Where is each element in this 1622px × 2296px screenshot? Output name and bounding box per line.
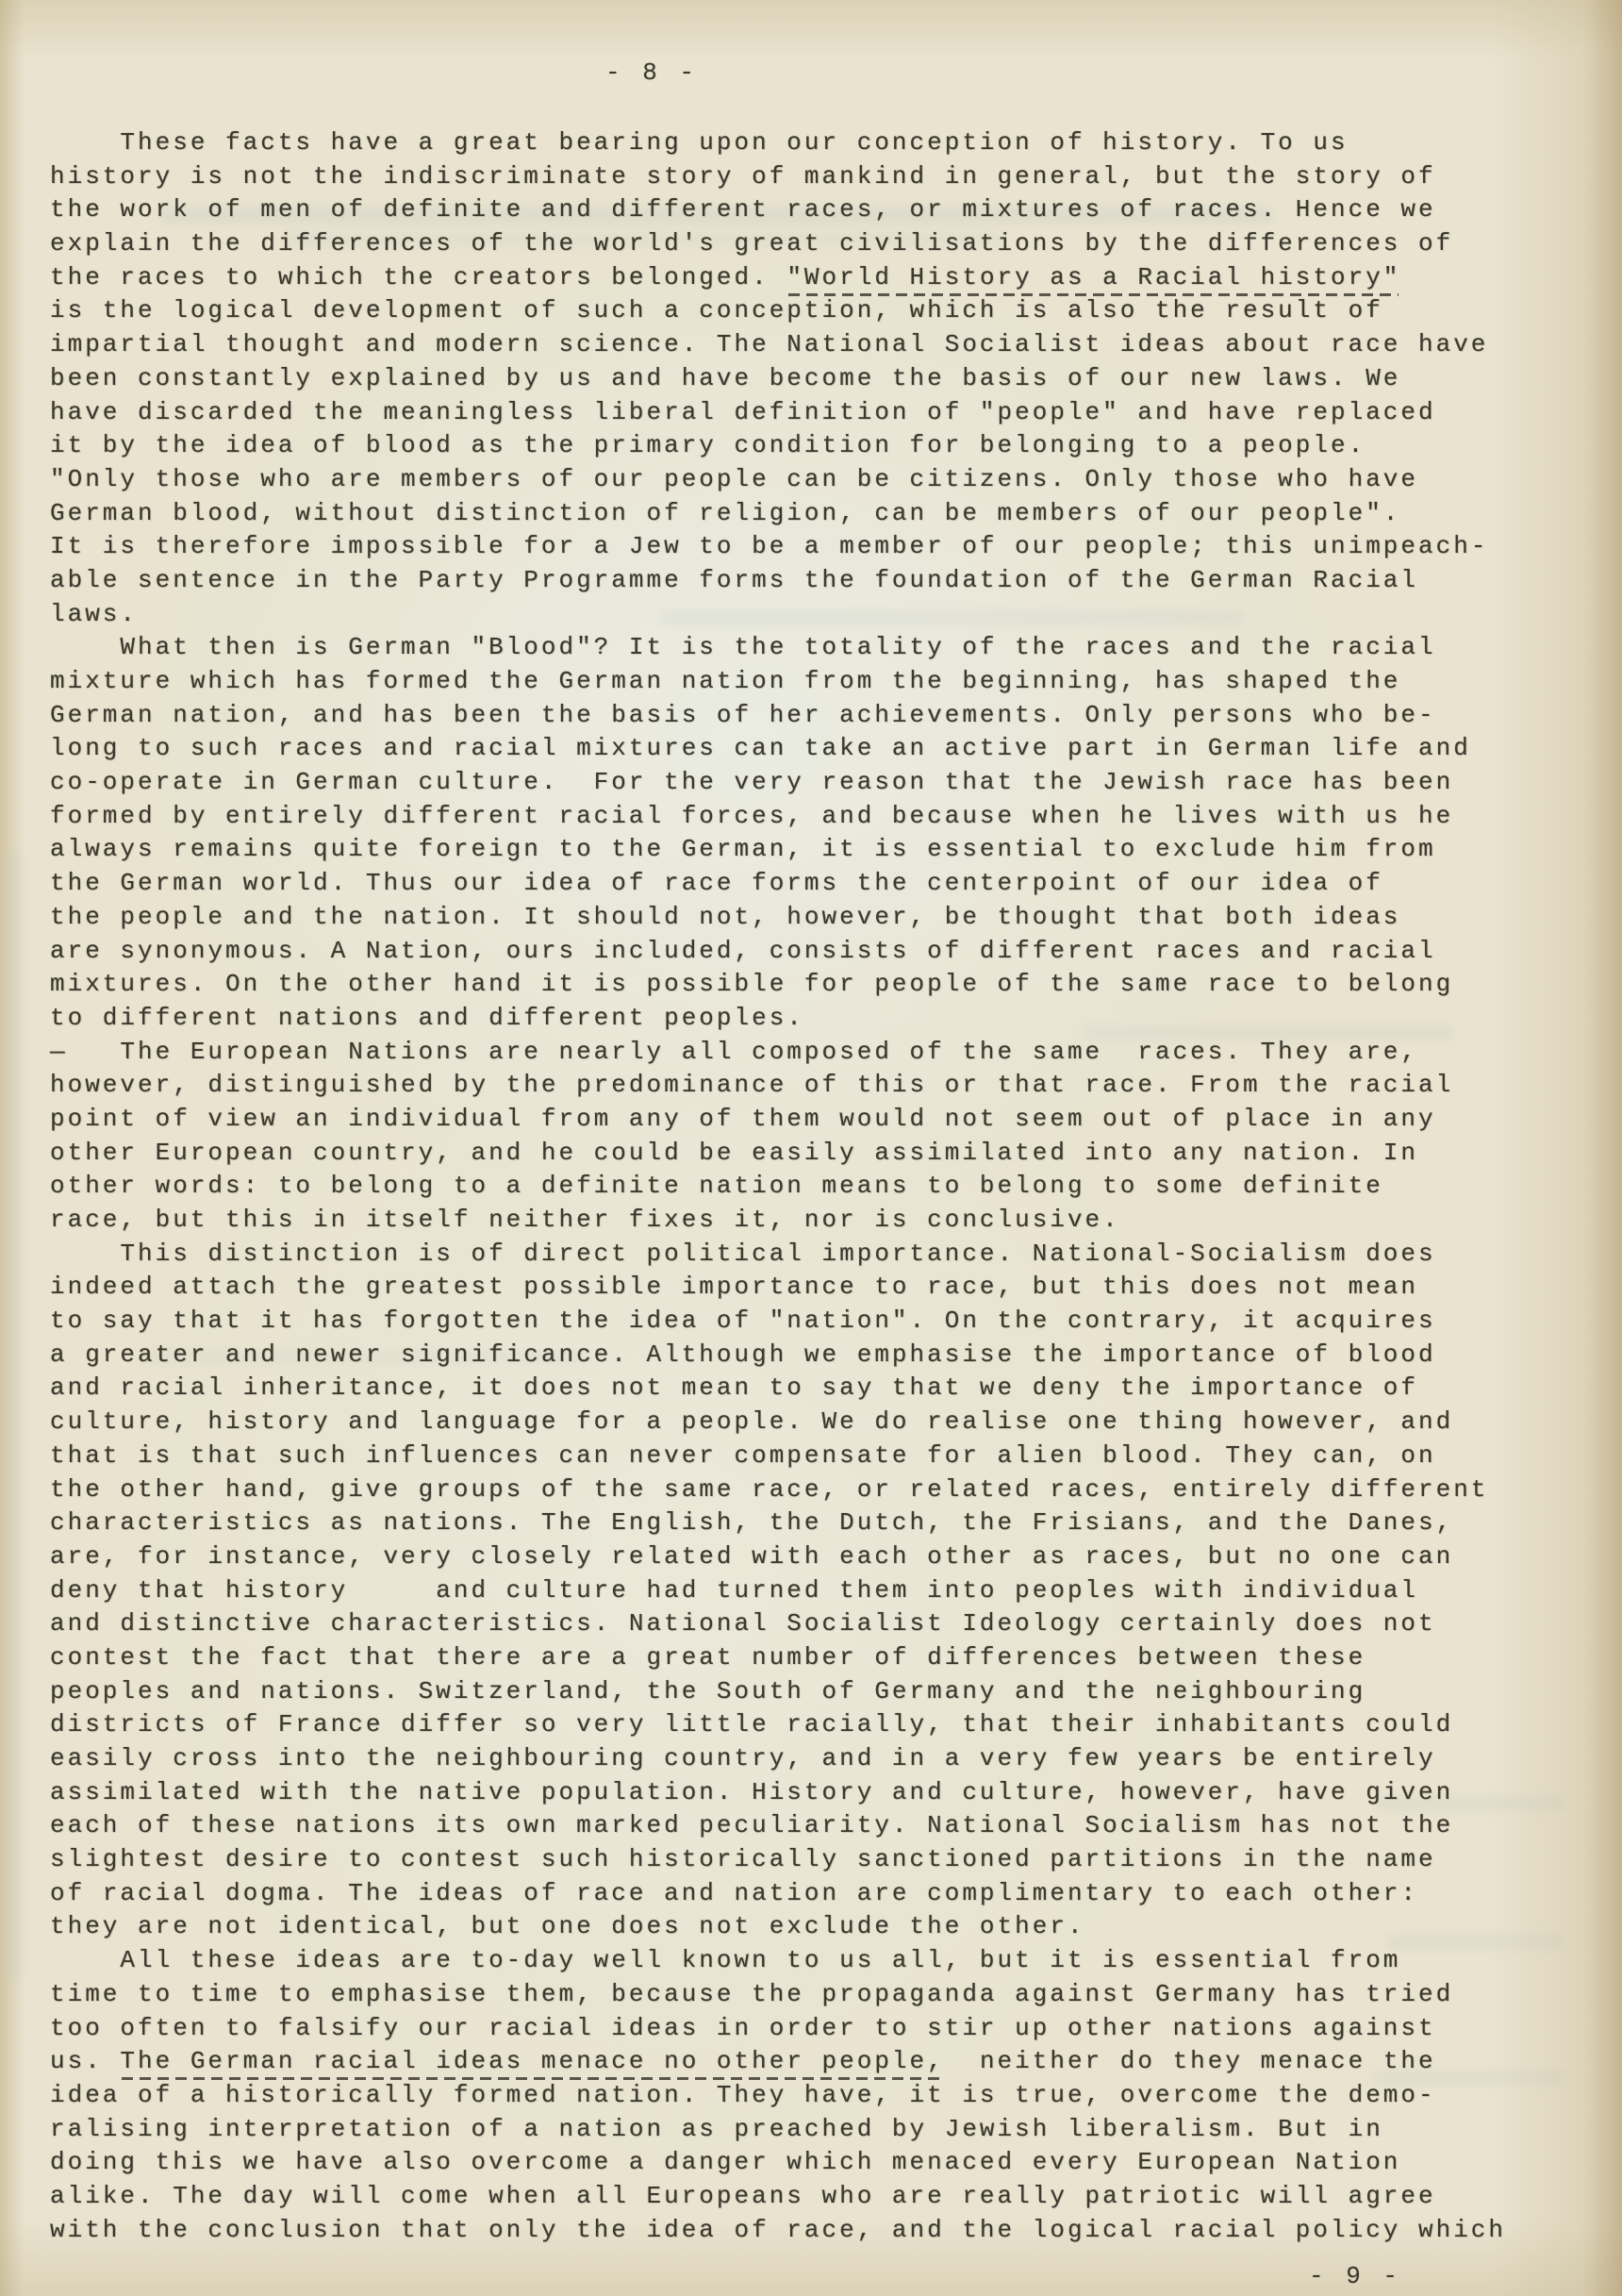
text-line: the work of men of definite and differen… [50,193,1506,227]
text-line: ralising interpretation of a nation as p… [50,2113,1506,2147]
text-line: point of view an individual from any of … [50,1103,1506,1137]
text-line: are synonymous. A Nation, ours included,… [50,935,1506,969]
document-page: - 8 - These facts have a great bearing u… [0,0,1622,2296]
text-line: able sentence in the Party Programme for… [50,564,1506,598]
text-line: the German world. Thus our idea of race … [50,867,1506,901]
text-line: co-operate in German culture. For the ve… [50,766,1506,800]
text-line: — The European Nations are nearly all co… [50,1036,1506,1070]
text-line: and racial inheritance, it does not mean… [50,1372,1506,1406]
text-line: characteristics as nations. The English,… [50,1506,1506,1540]
bleed-through-mark [8,849,23,1981]
text-line: too often to falsify our racial ideas in… [50,2012,1506,2046]
text-line: the races to which the creators belonged… [50,261,1506,295]
text-line: and distinctive characteristics. Nationa… [50,1607,1506,1641]
text-line: other European country, and he could be … [50,1137,1506,1171]
text-line: doing this we have also overcome a dange… [50,2146,1506,2180]
text-line: These facts have a great bearing upon ou… [50,126,1506,160]
text-line: to say that it has forgotten the idea of… [50,1305,1506,1339]
text-line: idea of a historically formed nation. Th… [50,2079,1506,2113]
text-line: that is that such influences can never c… [50,1439,1506,1473]
underlined-phrase: The German racial ideas menace no other … [120,2047,944,2075]
text-line: deny that history and culture had turned… [50,1574,1506,1608]
text-line: alike. The day will come when all Europe… [50,2180,1506,2214]
underlined-phrase: "World History as a Racial history" [786,263,1400,291]
text-line: with the conclusion that only the idea o… [50,2214,1506,2248]
text-line: What then is German "Blood"? It is the t… [50,631,1506,665]
text-line: they are not identical, but one does not… [50,1910,1506,1944]
text-line: us. The German racial ideas menace no ot… [50,2045,1506,2079]
text-line: All these ideas are to-day well known to… [50,1944,1506,1978]
text-line: is the logical development of such a con… [50,294,1506,328]
text-line: long to such races and racial mixtures c… [50,732,1506,766]
typewritten-text-block: These facts have a great bearing upon ou… [50,126,1506,2247]
text-line: districts of France differ so very littl… [50,1708,1506,1742]
text-line: formed by entirely different racial forc… [50,800,1506,834]
footer-page-number: - 9 - [1309,2262,1401,2290]
header-page-number: - 8 - [605,58,698,87]
text-line: slightest desire to contest such histori… [50,1843,1506,1877]
text-line: history is not the indiscriminate story … [50,160,1506,194]
text-line: to different nations and different peopl… [50,1002,1506,1036]
text-line: "Only those who are members of our peopl… [50,463,1506,497]
text-line: laws. [50,598,1506,632]
text-line: the other hand, give groups of the same … [50,1473,1506,1507]
text-line: a greater and newer significance. Althou… [50,1339,1506,1373]
text-line: This distinction is of direct political … [50,1238,1506,1272]
text-line: always remains quite foreign to the Germ… [50,833,1506,867]
text-line: been constantly explained by us and have… [50,362,1506,396]
text-line: however, distinguished by the predominan… [50,1069,1506,1103]
text-line: the people and the nation. It should not… [50,901,1506,935]
text-line: other words: to belong to a definite nat… [50,1170,1506,1204]
text-line: mixtures. On the other hand it is possib… [50,968,1506,1002]
text-line: time to time to emphasise them, because … [50,1978,1506,2012]
text-line: German blood, without distinction of rel… [50,497,1506,531]
text-line: each of these nations its own marked pec… [50,1809,1506,1843]
text-line: of racial dogma. The ideas of race and n… [50,1877,1506,1911]
text-line: mixture which has formed the German nati… [50,665,1506,699]
text-line: easily cross into the neighbouring count… [50,1742,1506,1776]
text-line: impartial thought and modern science. Th… [50,328,1506,362]
text-line: explain the differences of the world's g… [50,227,1506,261]
text-line: assimilated with the native population. … [50,1776,1506,1810]
text-line: German nation, and has been the basis of… [50,699,1506,733]
text-line: culture, history and language for a peop… [50,1406,1506,1439]
text-line: race, but this in itself neither fixes i… [50,1204,1506,1238]
text-line: It is therefore impossible for a Jew to … [50,530,1506,564]
text-line: are, for instance, very closely related … [50,1540,1506,1574]
text-line: it by the idea of blood as the primary c… [50,429,1506,463]
text-line: indeed attach the greatest possible impo… [50,1271,1506,1305]
text-line: have discarded the meaningless liberal d… [50,396,1506,430]
text-line: peoples and nations. Switzerland, the So… [50,1675,1506,1709]
text-line: contest the fact that there are a great … [50,1641,1506,1675]
